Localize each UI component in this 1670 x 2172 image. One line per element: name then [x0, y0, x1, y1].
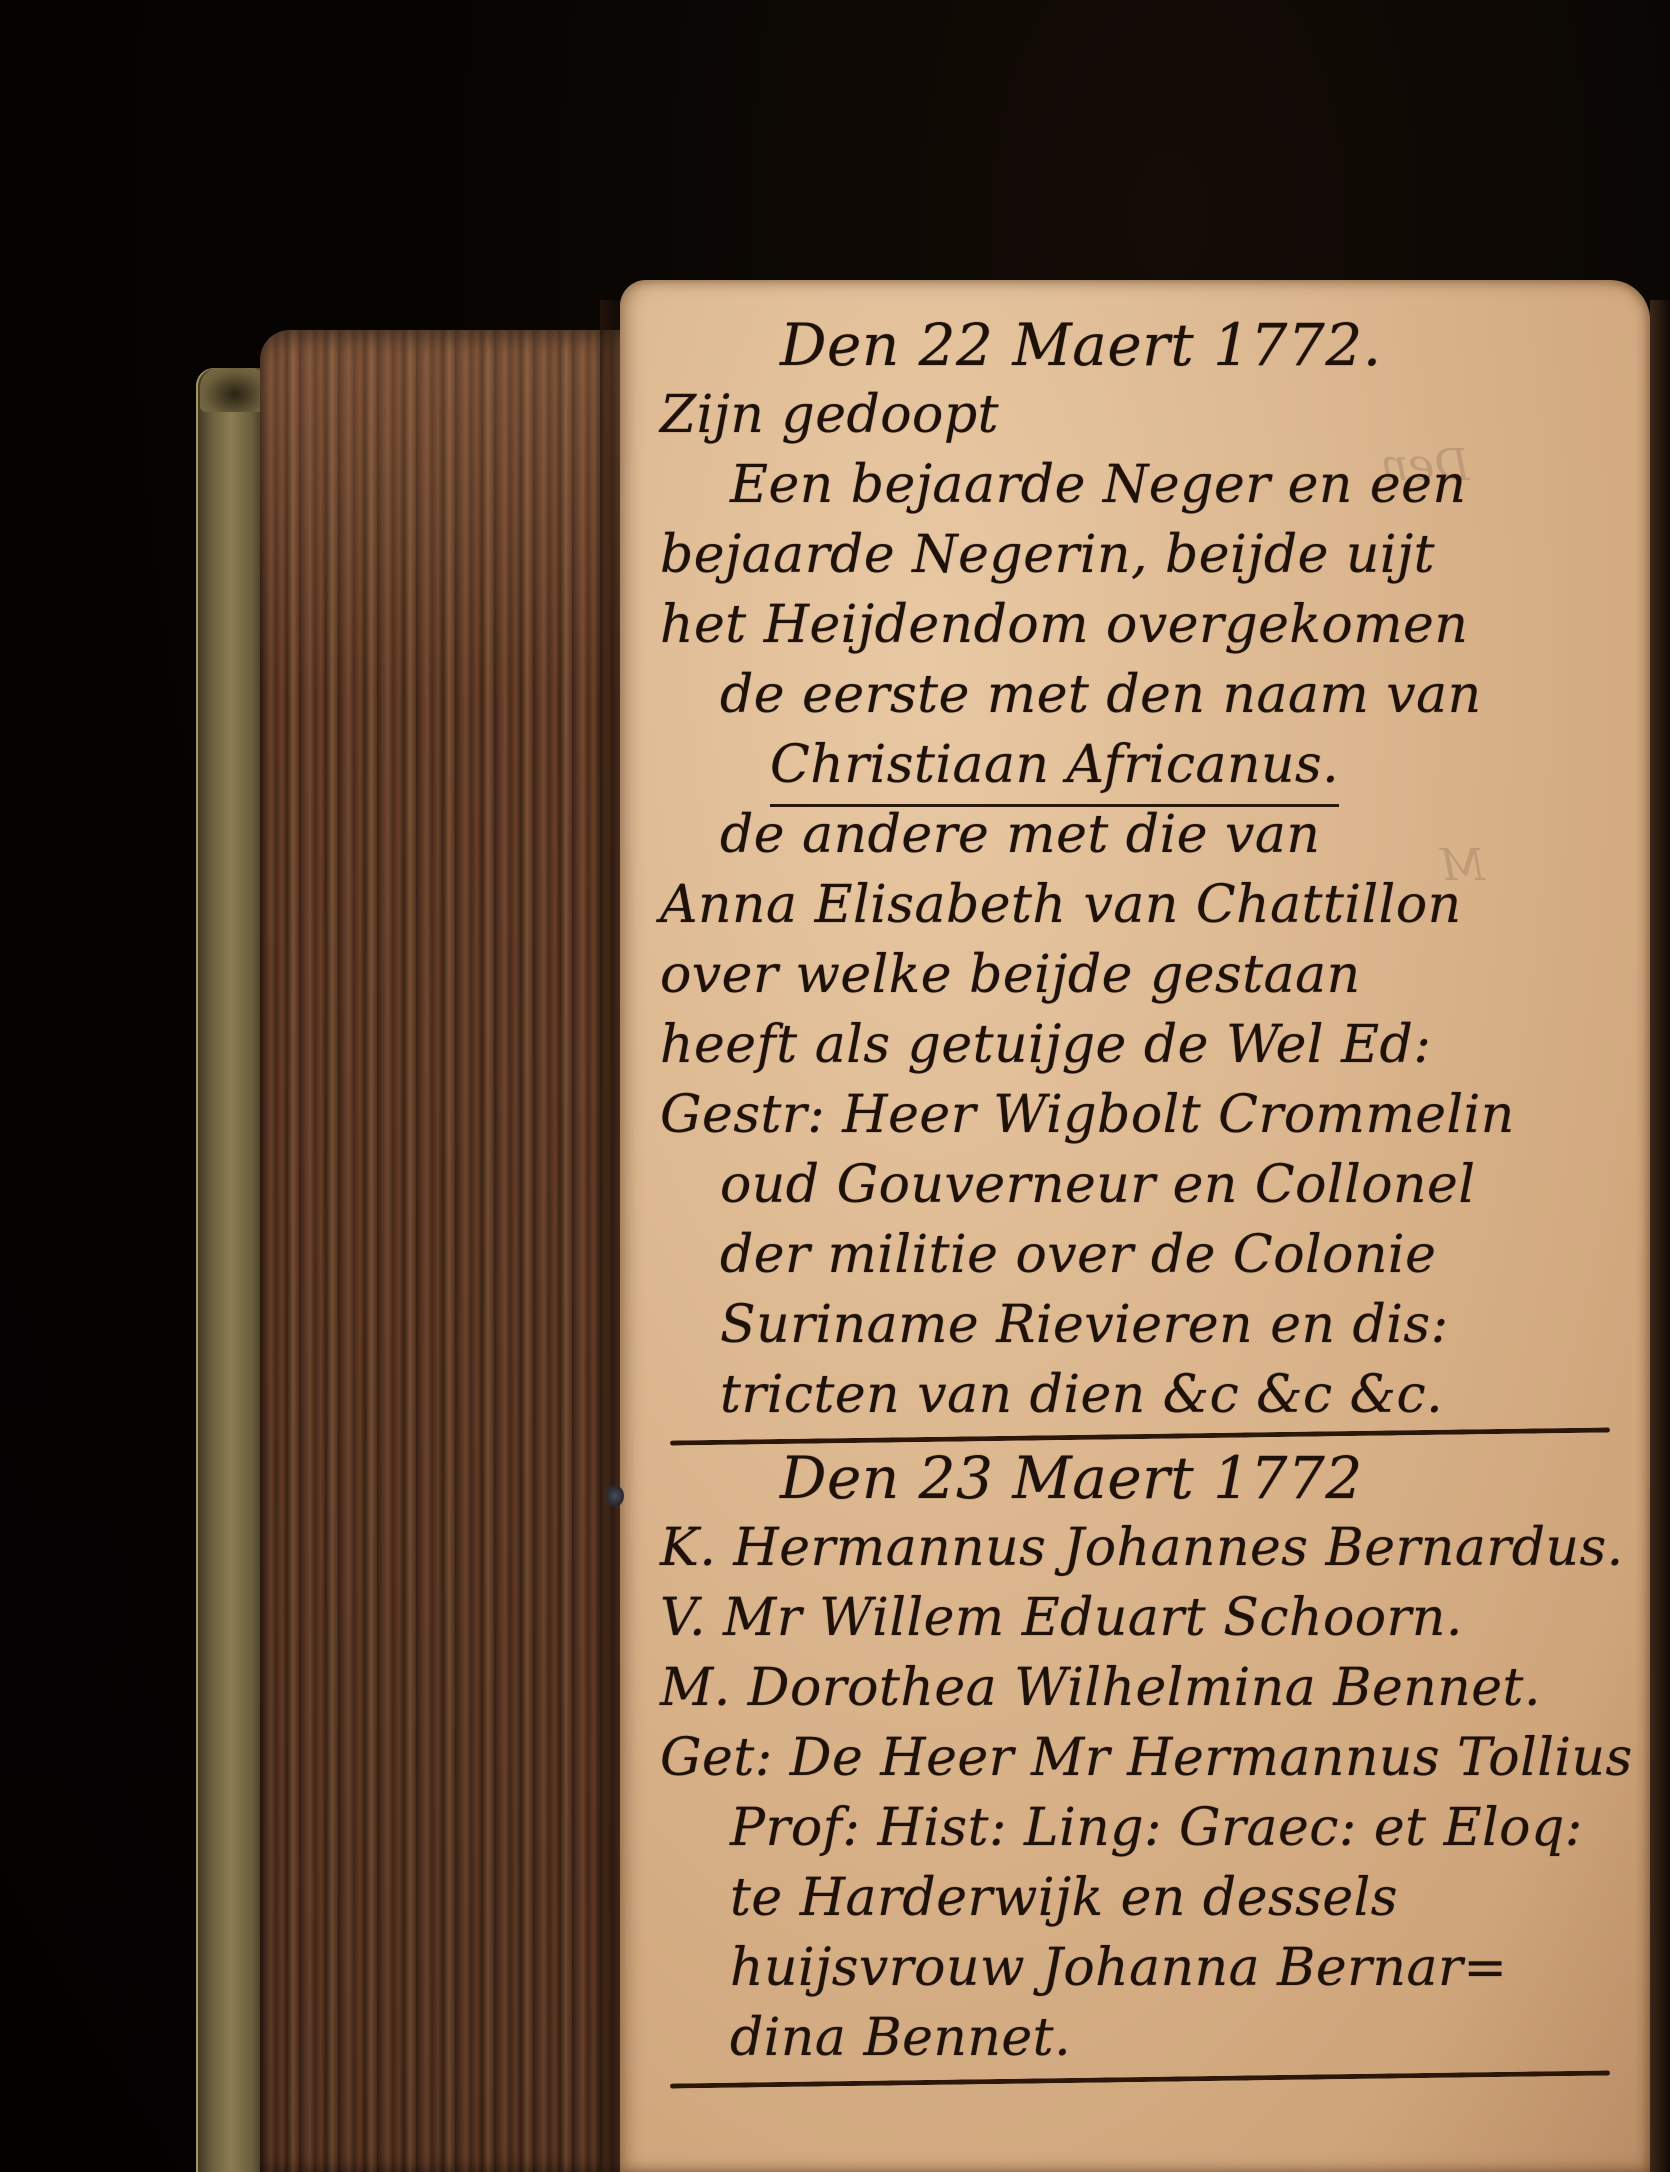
child-line: K. Hermannus Johannes Bernardus. — [660, 1513, 1620, 1583]
register-text: Den 22 Maert 1772. Zijn gedoopt Een beja… — [660, 310, 1620, 2086]
page-right-edge — [1650, 300, 1670, 2172]
entry-divider — [670, 2070, 1610, 2088]
entry-line: over welke beijde gestaan — [660, 940, 1620, 1010]
entry-date: Den 23 Maert 1772 — [660, 1443, 1620, 1513]
witness-line: Gestr: Heer Wigbolt Crommelin — [660, 1080, 1620, 1150]
page-fore-edge-stack — [260, 330, 630, 2172]
manuscript-page: Den M Den 22 Maert 1772. Zijn gedoopt Ee… — [620, 280, 1650, 2172]
baptized-name-2: Anna Elisabeth van Chattillon — [660, 870, 1620, 940]
baptized-name-1: Christiaan Africanus. — [660, 730, 1620, 800]
entry-date: Den 22 Maert 1772. — [660, 310, 1620, 380]
entry-line: heeft als getuijge de Wel Ed: — [660, 1010, 1620, 1080]
entry-line: de eerste met den naam van — [660, 660, 1620, 730]
name-underlined: Christiaan Africanus. — [770, 730, 1339, 807]
entry-line: Een bejaarde Neger en een — [660, 450, 1620, 520]
entry-line: het Heijdendom overgekomen — [660, 590, 1620, 660]
entry-line: tricten van dien &c &c &c. — [660, 1360, 1620, 1430]
entry-line: Suriname Rievieren en dis: — [660, 1290, 1620, 1360]
entry-line: Prof: Hist: Ling: Graec: et Eloq: — [660, 1793, 1620, 1863]
entry-line: de andere met die van — [660, 800, 1620, 870]
entry-line: bejaarde Negerin, beijde uijt — [660, 520, 1620, 590]
entry-line: Zijn gedoopt — [660, 380, 1620, 450]
entry-line: dina Bennet. — [660, 2003, 1620, 2073]
ink-blot — [606, 1485, 624, 1507]
mother-line: M. Dorothea Wilhelmina Bennet. — [660, 1653, 1620, 1723]
witness-line: Get: De Heer Mr Hermannus Tollius — [660, 1723, 1620, 1793]
entry-line: te Harderwijk en dessels — [660, 1863, 1620, 1933]
father-line: V. Mr Willem Eduart Schoorn. — [660, 1583, 1620, 1653]
book-spine — [196, 368, 266, 2172]
entry-line: huijsvrouw Johanna Bernar= — [660, 1933, 1620, 2003]
book-photograph: IVXXX Den M Den 22 Maert 1772. Zijn gedo… — [0, 0, 1670, 2172]
entry-line: oud Gouverneur en Collonel — [660, 1150, 1620, 1220]
entry-line: der militie over de Colonie — [660, 1220, 1620, 1290]
